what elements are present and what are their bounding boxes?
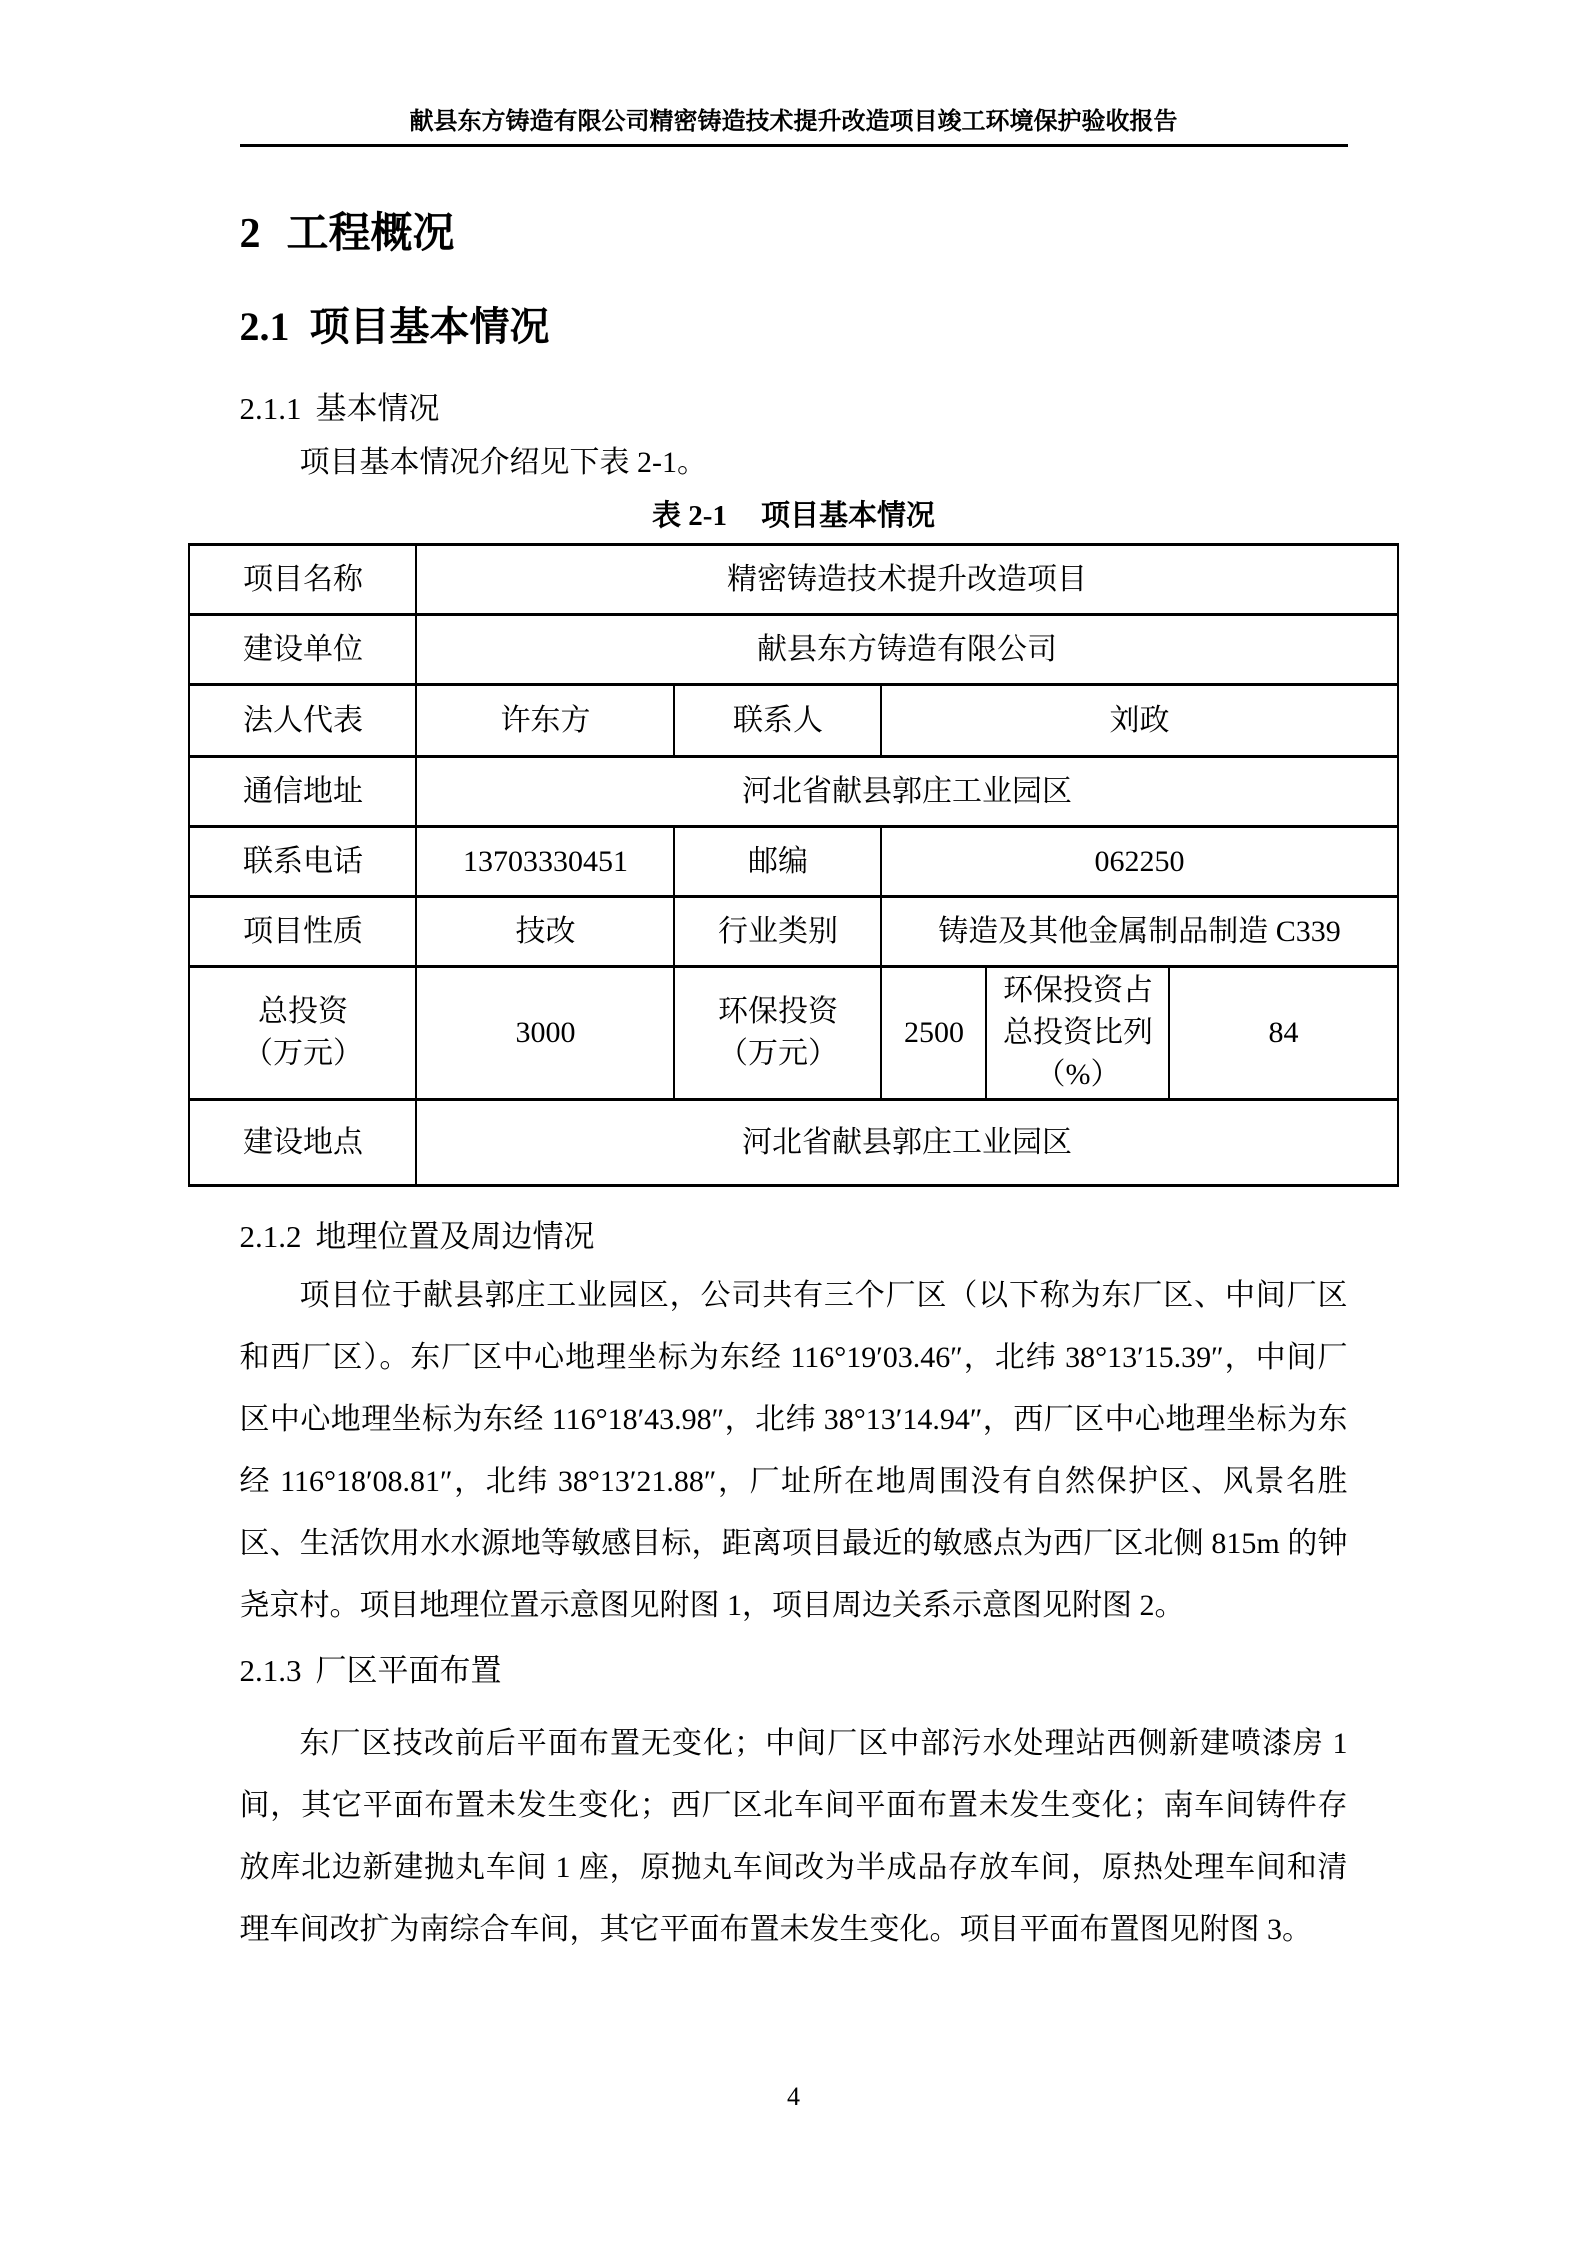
table-cell: 3000 [416,967,674,1100]
table-row: 建设地点 河北省献县郭庄工业园区 [189,1100,1397,1186]
table-cell: 刘政 [881,685,1397,757]
table-cell: 精密铸造技术提升改造项目 [416,545,1397,615]
table-cell: 2500 [881,967,986,1100]
document-page: 献县东方铸造有限公司精密铸造技术提升改造项目竣工环境保护验收报告 2 工程概况 … [0,0,1587,2245]
table-row: 总投资 （万元） 3000 环保投资 （万元） 2500 环保投资占 总投资比列… [189,967,1397,1100]
heading-2-1-3: 2.1.3 厂区平面布置 [240,1651,1348,1691]
table-cell: 行业类别 [674,897,881,967]
table-row: 项目名称 精密铸造技术提升改造项目 [189,545,1397,615]
table-row: 项目性质 技改 行业类别 铸造及其他金属制品制造 C339 [189,897,1397,967]
table-cell: 许东方 [416,685,674,757]
heading-number: 2 [240,209,261,259]
heading-number: 2.1.3 [240,1651,302,1691]
heading-title: 地理位置及周边情况 [316,1217,595,1257]
table-cell: 联系电话 [189,827,416,897]
paragraph-location: 项目位于献县郭庄工业园区，公司共有三个厂区（以下称为东厂区、中间厂区和西厂区）。… [240,1265,1348,1637]
table-cell: 13703330451 [416,827,674,897]
table-cell: 技改 [416,897,674,967]
table-row: 建设单位 献县东方铸造有限公司 [189,615,1397,685]
running-header-text: 献县东方铸造有限公司精密铸造技术提升改造项目竣工环境保护验收报告 [410,109,1178,135]
table-cell: 铸造及其他金属制品制造 C339 [881,897,1397,967]
running-header: 献县东方铸造有限公司精密铸造技术提升改造项目竣工环境保护验收报告 [0,0,1587,138]
heading-number: 2.1.1 [240,389,302,429]
table-cell: 法人代表 [189,685,416,757]
table-cell: 062250 [881,827,1397,897]
table-cell: 河北省献县郭庄工业园区 [416,1100,1397,1186]
heading-title: 工程概况 [287,209,455,259]
table-cell: 项目名称 [189,545,416,615]
heading-2: 2 工程概况 [240,209,1348,259]
table-cell: 通信地址 [189,757,416,827]
heading-2-1: 2.1 项目基本情况 [240,303,1348,351]
table-cell: 联系人 [674,685,881,757]
table-row: 法人代表 许东方 联系人 刘政 [189,685,1397,757]
table-cell: 84 [1169,967,1397,1100]
page-number: 4 [0,2082,1587,2112]
table-cell: 建设地点 [189,1100,416,1186]
project-info-table: 项目名称 精密铸造技术提升改造项目 建设单位 献县东方铸造有限公司 法人代表 许… [188,543,1398,1187]
heading-title: 项目基本情况 [310,303,550,351]
table-cell: 河北省献县郭庄工业园区 [416,757,1397,827]
paragraph-intro: 项目基本情况介绍见下表 2-1。 [240,443,1348,483]
heading-title: 基本情况 [316,389,440,429]
table-caption-label: 表 2-1 [652,497,727,535]
table-cell: 献县东方铸造有限公司 [416,615,1397,685]
table-row: 联系电话 13703330451 邮编 062250 [189,827,1397,897]
heading-title: 厂区平面布置 [316,1651,502,1691]
table-caption: 表 2-1 项目基本情况 [240,497,1348,535]
table-cell: 建设单位 [189,615,416,685]
paragraph-layout: 东厂区技改前后平面布置无变化；中间厂区中部污水处理站西侧新建喷漆房 1 间，其它… [240,1713,1348,1961]
header-rule [240,144,1348,147]
heading-number: 2.1.2 [240,1217,302,1257]
table-caption-title: 项目基本情况 [761,497,935,535]
table-cell: 项目性质 [189,897,416,967]
table-cell: 环保投资 （万元） [674,967,881,1100]
heading-2-1-1: 2.1.1 基本情况 [240,389,1348,429]
table-row: 通信地址 河北省献县郭庄工业园区 [189,757,1397,827]
table-cell: 总投资 （万元） [189,967,416,1100]
table-cell: 环保投资占 总投资比列 （%） [986,967,1169,1100]
table-cell: 邮编 [674,827,881,897]
heading-2-1-2: 2.1.2 地理位置及周边情况 [240,1217,1348,1257]
heading-number: 2.1 [240,303,290,351]
